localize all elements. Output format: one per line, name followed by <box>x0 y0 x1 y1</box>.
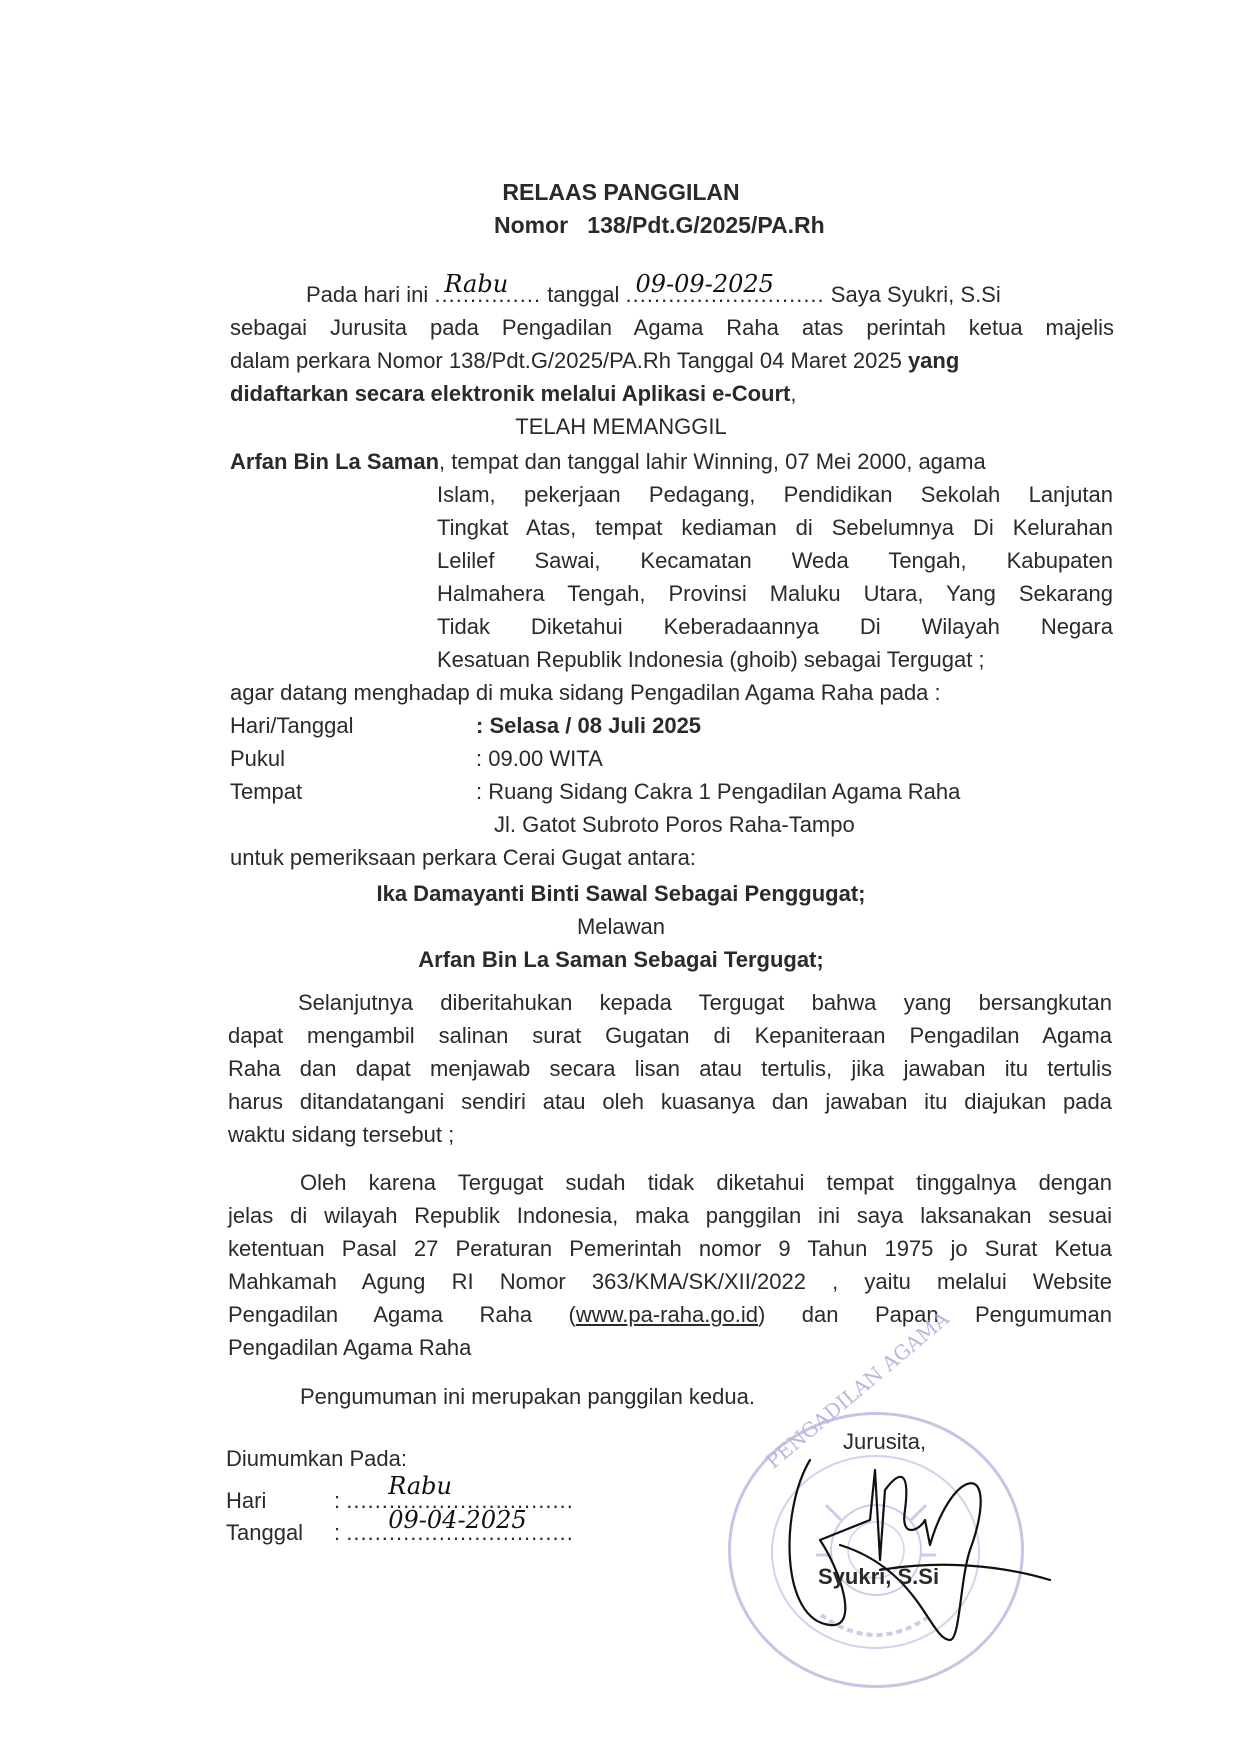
punctuation: , <box>790 381 796 406</box>
announcement-date-label: Tanggal <box>226 1516 303 1549</box>
legal-basis-text: Pengadilan Agama Raha ( <box>228 1302 576 1327</box>
signature-icon <box>780 1450 1060 1650</box>
notice-paragraph-line: harus ditandatangani sendiri atau oleh k… <box>228 1085 1112 1118</box>
opening-text: Pada hari ini <box>306 282 434 307</box>
legal-basis-line: ketentuan Pasal 27 Peraturan Pemerintah … <box>228 1232 1112 1265</box>
defendant-line: Lelilef Sawai, Kecamatan Weda Tengah, Ka… <box>437 544 1113 577</box>
closing-statement: Pengumuman ini merupakan panggilan kedua… <box>300 1380 755 1413</box>
opening-text: Saya Syukri, S.Si <box>825 282 1001 307</box>
handwritten-announcement-date: 09-04-2025 <box>388 1504 526 1537</box>
versus-line: Melawan <box>0 910 1242 943</box>
legal-basis-line: Oleh karena Tergugat sudah tidak diketah… <box>300 1166 1112 1199</box>
handwritten-date: 09-09-2025 <box>636 268 774 301</box>
opening-line-1: Pada hari ini ...............Rabu tangga… <box>306 278 1116 311</box>
defendant-line: Tidak Diketahui Keberadaannya Di Wilayah… <box>437 610 1113 643</box>
opening-line-2: sebagai Jurusita pada Pengadilan Agama R… <box>230 311 1114 344</box>
handwritten-day: Rabu <box>444 268 508 301</box>
notice-paragraph-line: waktu sidang tersebut ; <box>228 1118 454 1151</box>
legal-basis-line: Pengadilan Agama Raha <box>228 1331 471 1364</box>
defendant-line: Tingkat Atas, tempat kediaman di Sebelum… <box>437 511 1113 544</box>
document-number: Nomor 138/Pdt.G/2025/PA.Rh <box>494 209 825 242</box>
handwritten-day-field: ...............Rabu <box>434 282 541 307</box>
announcement-day-label: Hari <box>226 1484 266 1517</box>
relaas-document: RELAAS PANGGILAN Nomor 138/Pdt.G/2025/PA… <box>0 0 1242 1751</box>
website-link[interactable]: www.pa-raha.go.id <box>576 1302 758 1327</box>
colon: : <box>334 1520 340 1545</box>
hearing-label-place: Tempat <box>230 775 302 808</box>
defendant-details: , tempat dan tanggal lahir Winning, 07 M… <box>439 449 986 474</box>
hearing-purpose: untuk pemeriksaan perkara Cerai Gugat an… <box>230 841 696 874</box>
hearing-label-date: Hari/Tanggal <box>230 709 354 742</box>
document-title: RELAAS PANGGILAN <box>0 176 1242 209</box>
ecourt-statement: didaftarkan secara elektronik melalui Ap… <box>230 381 790 406</box>
legal-basis-line: Mahkamah Agung RI Nomor 363/KMA/SK/XII/2… <box>228 1265 1112 1298</box>
defendant-party-line: Arfan Bin La Saman Sebagai Tergugat; <box>0 943 1242 976</box>
handwritten-date-field: ............................09-09-2025 <box>626 282 825 307</box>
announcement-date-field: : ................................09-04-… <box>334 1516 574 1549</box>
hearing-address: Jl. Gatot Subroto Poros Raha-Tampo <box>494 808 855 841</box>
notice-paragraph-line: dapat mengambil salinan surat Gugatan di… <box>228 1019 1112 1052</box>
announcement-heading: Diumumkan Pada: <box>226 1442 407 1475</box>
number-label: Nomor <box>494 212 568 238</box>
opening-bold-text: yang <box>908 348 959 373</box>
hearing-value-time: : 09.00 WITA <box>476 742 603 775</box>
summons-heading: TELAH MEMANGGIL <box>0 410 1242 443</box>
hearing-value-date: : Selasa / 08 Juli 2025 <box>476 709 701 742</box>
plaintiff-line: Ika Damayanti Binti Sawal Sebagai Penggu… <box>0 877 1242 910</box>
handwritten-announcement-day: Rabu <box>388 1470 452 1503</box>
defendant-line: Islam, pekerjaan Pedagang, Pendidikan Se… <box>437 478 1113 511</box>
notice-paragraph-line: Raha dan dapat menjawab secara lisan ata… <box>228 1052 1112 1085</box>
hearing-intro: agar datang menghadap di muka sidang Pen… <box>230 676 941 709</box>
defendant-name: Arfan Bin La Saman <box>230 449 439 474</box>
notice-paragraph-line: Selanjutnya diberitahukan kepada Terguga… <box>298 986 1112 1019</box>
defendant-line-1: Arfan Bin La Saman, tempat dan tanggal l… <box>230 445 1114 478</box>
opening-text: tanggal <box>541 282 625 307</box>
signatory-name: Syukri, S.Si <box>818 1560 939 1593</box>
legal-basis-line: jelas di wilayah Republik Indonesia, mak… <box>228 1199 1112 1232</box>
defendant-line: Kesatuan Republik Indonesia (ghoib) seba… <box>437 643 985 676</box>
colon: : <box>334 1488 340 1513</box>
legal-basis-line: Pengadilan Agama Raha (www.pa-raha.go.id… <box>228 1298 1112 1331</box>
number-value: 138/Pdt.G/2025/PA.Rh <box>587 212 824 238</box>
opening-line-4: didaftarkan secara elektronik melalui Ap… <box>230 377 797 410</box>
hearing-label-time: Pukul <box>230 742 285 775</box>
defendant-line: Halmahera Tengah, Provinsi Maluku Utara,… <box>437 577 1113 610</box>
opening-text: dalam perkara Nomor 138/Pdt.G/2025/PA.Rh… <box>230 348 902 373</box>
opening-line-3: dalam perkara Nomor 138/Pdt.G/2025/PA.Rh… <box>230 344 1114 377</box>
hearing-value-place: : Ruang Sidang Cakra 1 Pengadilan Agama … <box>476 775 960 808</box>
